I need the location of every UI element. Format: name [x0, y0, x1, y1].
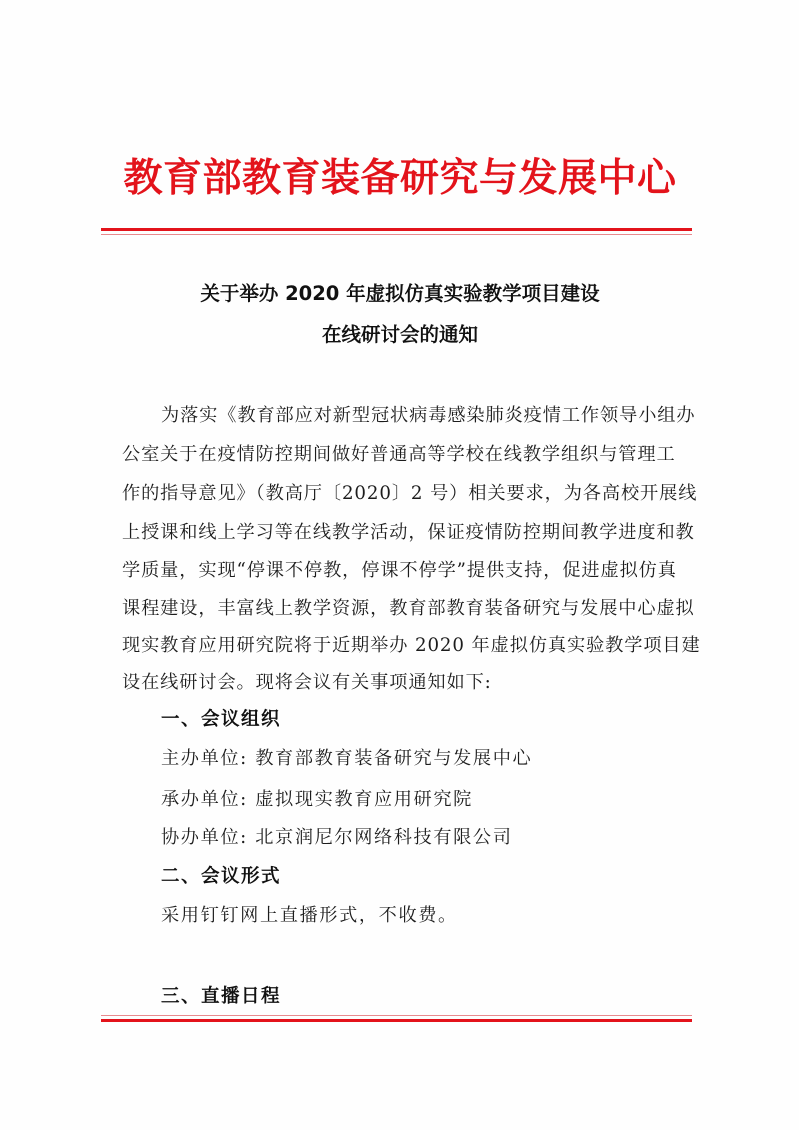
paragraph-line: 学质量，实现“停课不停教，停课不停学”提供支持，促进虚拟仿真	[122, 558, 682, 584]
paragraph-line: 设在线研讨会。现将会议有关事项通知如下:	[122, 670, 682, 696]
section-heading-organization: 一、会议组织	[161, 707, 281, 733]
co-organizer-unit: 协办单位: 北京润尼尔网络科技有限公司	[161, 825, 513, 851]
section-heading-format: 二、会议形式	[161, 864, 281, 890]
section-heading-schedule: 三、直播日程	[161, 984, 281, 1010]
header-rule-thin	[101, 234, 692, 235]
paragraph-line: 现实教育应用研究院将于近期举办 2020 年虚拟仿真实验教学项目建	[122, 633, 682, 659]
paragraph-line: 为落实《教育部应对新型冠状病毒感染肺炎疫情工作领导小组办	[161, 403, 682, 429]
header-rule-thick	[101, 228, 692, 231]
organization-header: 教育部教育装备研究与发展中心	[100, 152, 700, 204]
notice-title-line-1: 关于举办 2020 年虚拟仿真实验教学项目建设	[100, 280, 700, 308]
meeting-format: 采用钉钉网上直播形式，不收费。	[161, 903, 458, 929]
paragraph-line: 课程建设，丰富线上教学资源，教育部教育装备研究与发展中心虚拟	[122, 596, 682, 622]
organizer-unit: 承办单位: 虚拟现实教育应用研究院	[161, 787, 473, 813]
paragraph-line: 上授课和线上学习等在线教学活动，保证疫情防控期间教学进度和教	[122, 520, 682, 546]
paragraph-line: 公室关于在疫情防控期间做好普通高等学校在线教学组织与管理工	[122, 442, 682, 468]
host-unit: 主办单位: 教育部教育装备研究与发展中心	[161, 746, 532, 772]
paragraph-line: 作的指导意见》（教高厅〔2020〕2 号）相关要求，为各高校开展线	[122, 481, 682, 507]
footer-rule-thick	[101, 1019, 692, 1022]
footer-rule-thin	[101, 1015, 692, 1016]
document-page: 教育部教育装备研究与发展中心 关于举办 2020 年虚拟仿真实验教学项目建设 在…	[0, 0, 799, 1130]
notice-title-line-2: 在线研讨会的通知	[100, 321, 700, 349]
